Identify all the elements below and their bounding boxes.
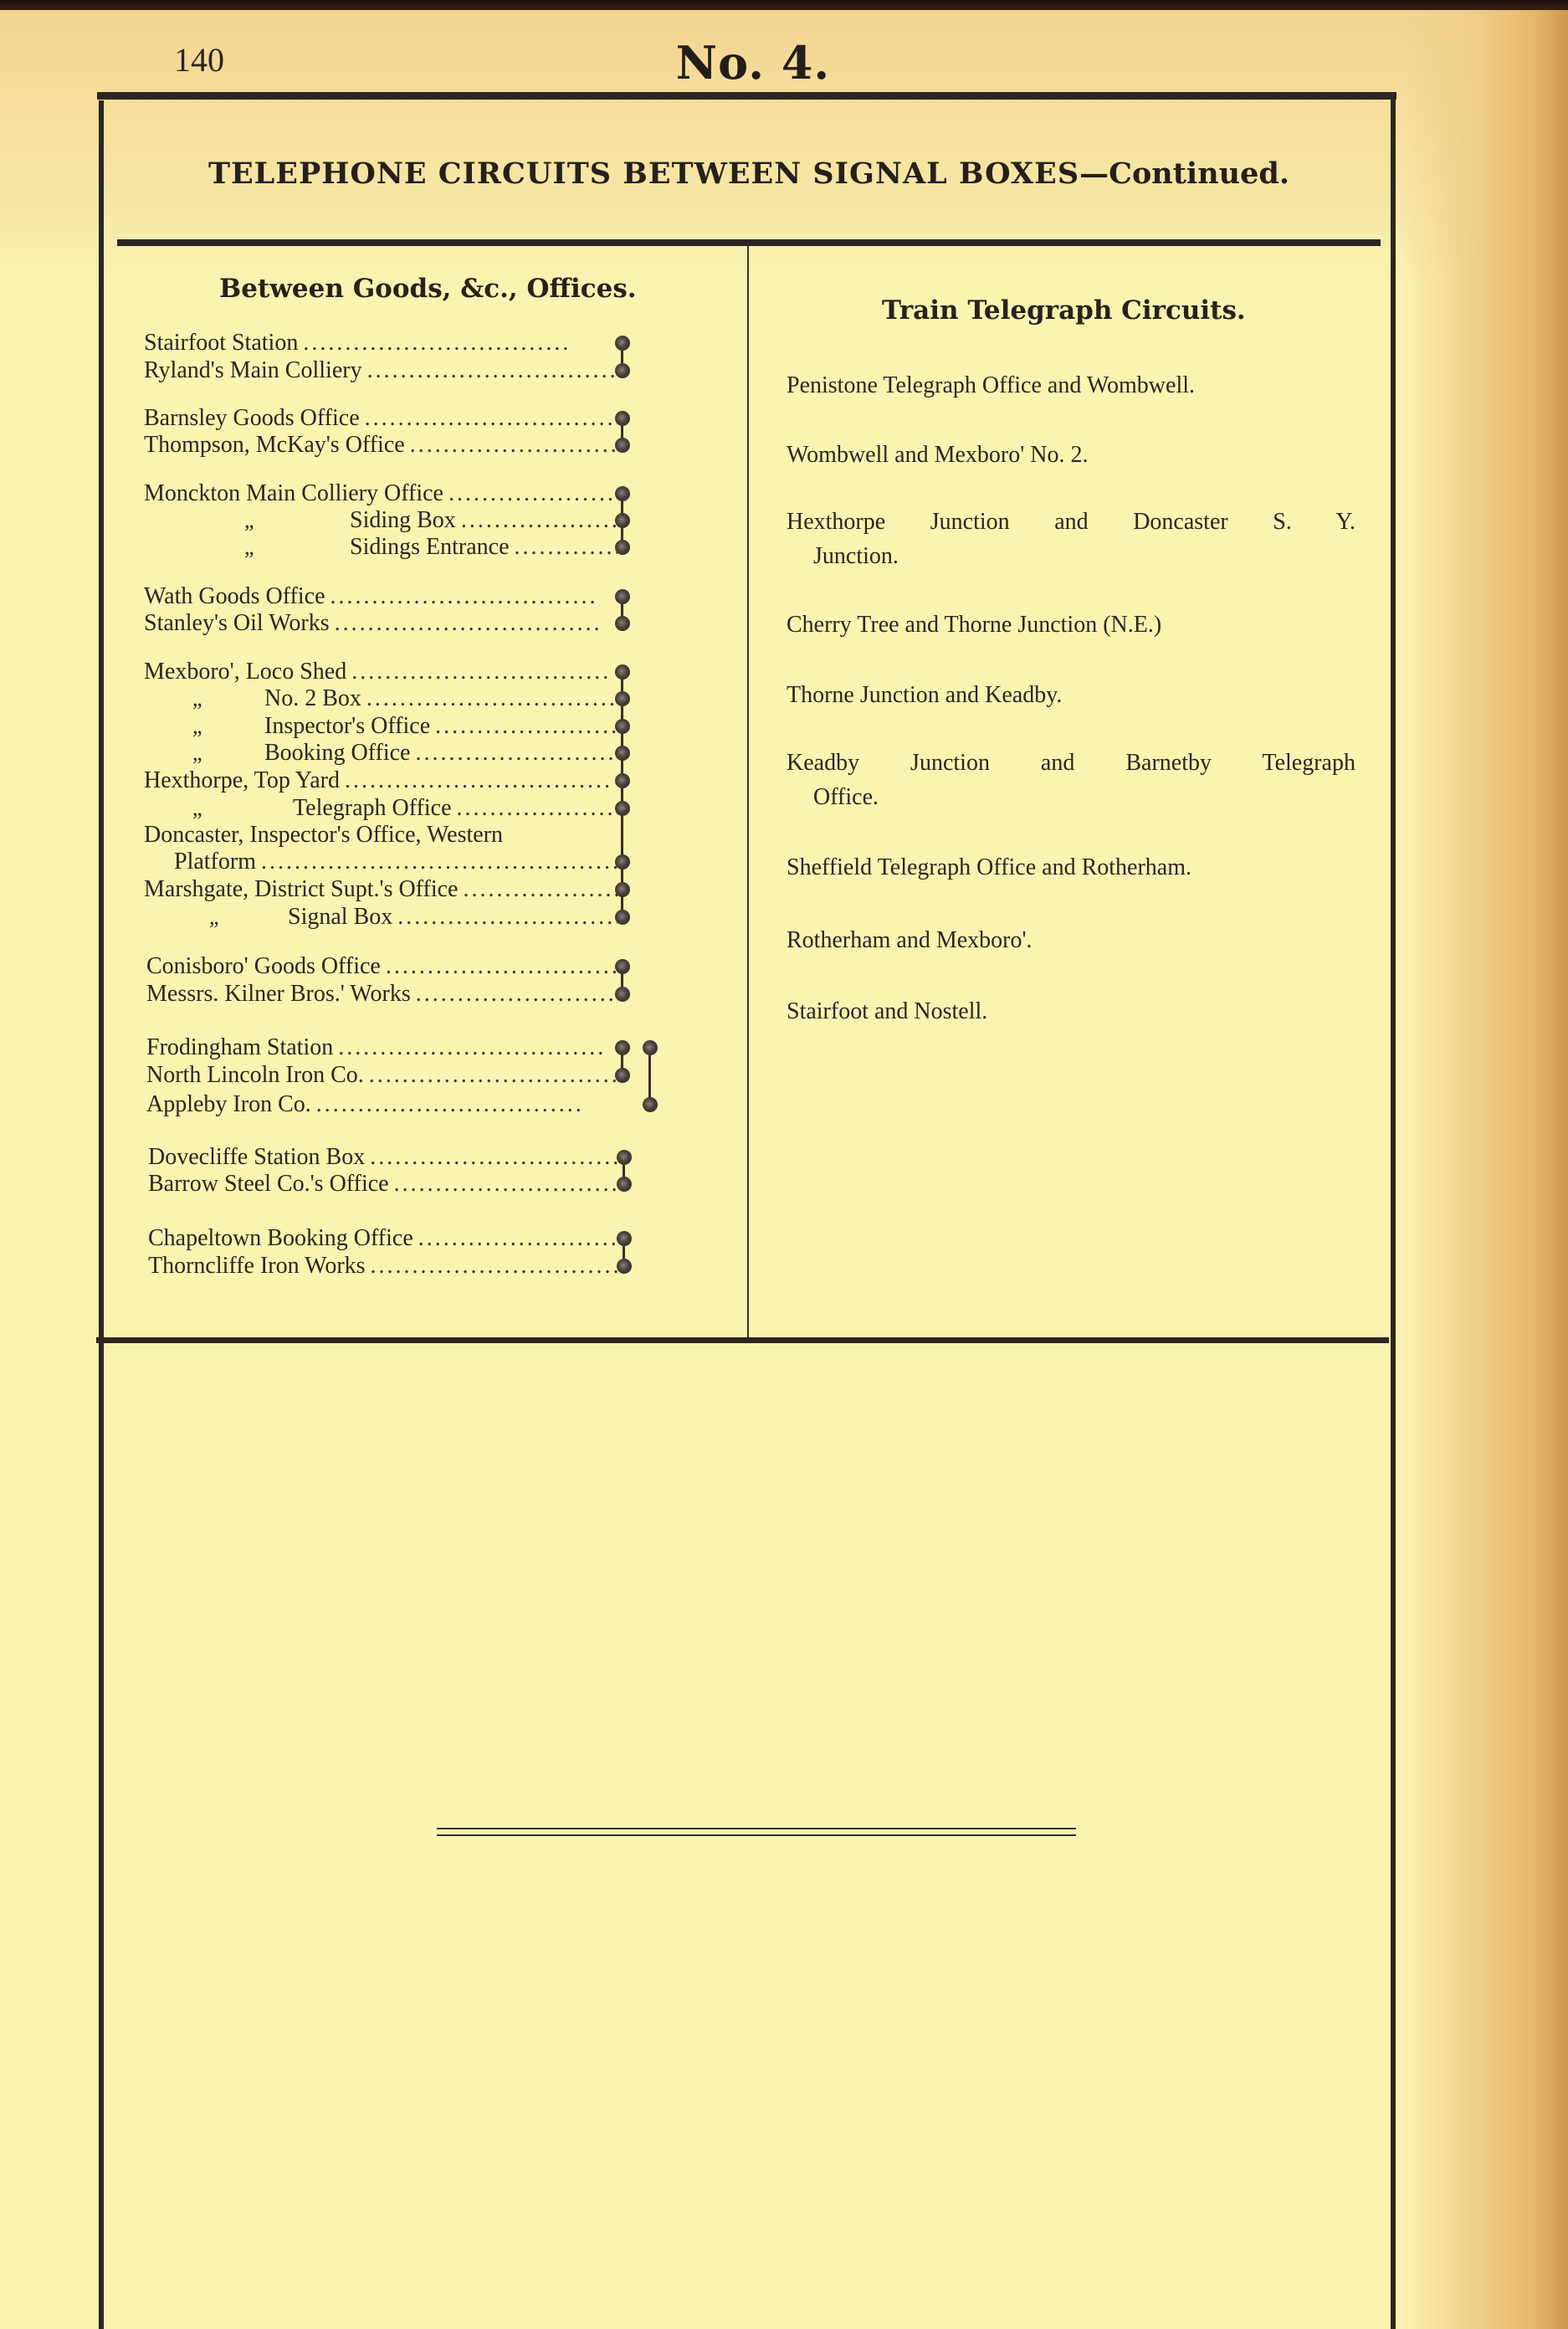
list-item: Stanley's Oil Works.....................… <box>144 610 617 637</box>
circuit-text: Rotherham and Mexboro'. <box>787 927 1033 953</box>
ditto-mark: „ <box>244 534 350 561</box>
frame-left-border <box>99 100 104 2329</box>
ditto-mark: „ <box>192 713 264 740</box>
page-top-edge <box>0 0 1568 10</box>
dot-leader: ................................ <box>338 1034 617 1061</box>
entry-label: Hexthorpe, Top Yard <box>144 767 340 794</box>
running-head: No. 4. <box>669 40 837 85</box>
circuit-item: Sheffield Telegraph Office and Rotherham… <box>787 850 1355 885</box>
dot-leader: ................................ <box>370 1144 617 1171</box>
list-item: Mexboro', Loco Shed.....................… <box>144 659 609 685</box>
circuit-item: Thorne Junction and Keadby. <box>787 678 1355 712</box>
dot-leader: ................................ <box>515 534 617 561</box>
dot-leader: ................................ <box>461 507 617 534</box>
circuit-text: Hexthorpe Junction and Doncaster S. Y. <box>787 505 1355 539</box>
entry-label: No. 2 Box <box>264 685 361 712</box>
right-column-heading: Train Telegraph Circuits. <box>882 298 1246 324</box>
list-item: Frodingham Station......................… <box>146 1034 617 1061</box>
entry-label: Chapeltown Booking Office <box>148 1225 413 1252</box>
page-number: 140 <box>174 44 224 77</box>
list-item: North Lincoln Iron Co...................… <box>146 1062 617 1089</box>
list-item: „Inspector's Office.....................… <box>192 713 617 740</box>
dot-leader: ................................ <box>457 795 617 822</box>
circuit-terminal-icon <box>615 540 630 555</box>
ditto-mark: „ <box>244 507 350 534</box>
circuit-terminal-icon <box>615 589 630 604</box>
entry-label: Stairfoot Station <box>144 330 298 357</box>
dot-leader: ................................ <box>365 405 617 432</box>
dot-leader: ................................ <box>345 767 617 794</box>
dot-leader: ................................ <box>397 904 617 931</box>
dot-leader: ................................ <box>335 610 617 637</box>
circuit-link <box>621 672 623 917</box>
circuit-terminal-icon <box>643 1040 658 1055</box>
frame-top-rule <box>97 92 1396 100</box>
list-item: „Booking Office.........................… <box>192 740 617 767</box>
circuit-terminal-icon <box>615 1040 630 1055</box>
entry-label: Mexboro', Loco Shed <box>144 659 346 685</box>
circuit-terminal-icon <box>617 1150 632 1165</box>
ditto-mark: „ <box>192 685 264 712</box>
circuit-terminal-icon <box>615 882 630 897</box>
entry-label: Inspector's Office <box>264 713 430 740</box>
ditto-mark: „ <box>192 795 293 822</box>
circuit-text: Penistone Telegraph Office and Wombwell. <box>787 372 1195 398</box>
circuit-terminal-icon <box>615 773 630 788</box>
circuit-text: Keadby Junction and Barnetby Telegraph <box>787 746 1355 780</box>
circuit-terminal-icon <box>615 486 630 501</box>
section-title-main: TELEPHONE CIRCUITS BETWEEN SIGNAL BOXES <box>208 156 1079 191</box>
entry-label: Sidings Entrance <box>350 534 510 561</box>
dot-leader: ........................................… <box>261 849 617 875</box>
circuit-item: Stairfoot and Nostell. <box>787 994 1355 1029</box>
entry-label: Conisboro' Goods Office <box>146 953 381 980</box>
circuit-terminal-icon <box>615 411 630 426</box>
list-item: Hexthorpe, Top Yard.....................… <box>144 767 617 794</box>
list-item: „Sidings Entrance.......................… <box>244 534 617 561</box>
entry-label: Stanley's Oil Works <box>144 610 330 637</box>
entry-label: Siding Box <box>350 507 456 534</box>
section-bottom-rule <box>96 1337 1389 1343</box>
circuit-terminal-icon <box>615 513 630 528</box>
list-item: Barrow Steel Co.'s Office...............… <box>148 1171 617 1198</box>
dot-leader: ................................ <box>331 583 617 610</box>
entry-label: Dovecliffe Station Box <box>148 1144 365 1171</box>
entry-label: Telegraph Office <box>293 795 452 822</box>
dot-leader: ................................ <box>316 1091 617 1118</box>
dot-leader: ................................ <box>435 713 617 740</box>
circuit-terminal-icon <box>615 363 630 378</box>
dot-leader: ................................ <box>371 1253 617 1280</box>
list-item: Ryland's Main Colliery..................… <box>144 357 617 384</box>
circuit-terminal-icon <box>615 746 630 761</box>
entry-label: North Lincoln Iron Co. <box>146 1062 364 1089</box>
dot-leader: ................................ <box>418 1225 617 1252</box>
list-item: Thorncliffe Iron Works..................… <box>148 1253 617 1280</box>
double-rule-top <box>437 1828 1076 1829</box>
list-item: „Siding Box.............................… <box>244 507 617 534</box>
list-item: Stairfoot Station.......................… <box>144 330 617 357</box>
entry-label: Monckton Main Colliery Office <box>144 480 443 507</box>
entry-label: Platform <box>174 849 256 875</box>
circuit-text: Sheffield Telegraph Office and Rotherham… <box>787 854 1191 880</box>
section-title: TELEPHONE CIRCUITS BETWEEN SIGNAL BOXES—… <box>117 159 1381 188</box>
list-item: „Signal Box.............................… <box>209 904 617 931</box>
circuit-text: Stairfoot and Nostell. <box>787 998 987 1024</box>
frame-right-border <box>1391 100 1396 2329</box>
entry-label: Messrs. Kilner Bros.' Works <box>146 981 411 1008</box>
section-title-suffix: —Continued. <box>1079 156 1289 191</box>
circuit-terminal-icon <box>615 1068 630 1083</box>
ditto-mark: „ <box>209 904 288 931</box>
left-column-heading: Between Goods, &c., Offices. <box>219 276 637 302</box>
list-item: Chapeltown Booking Office...............… <box>148 1225 617 1252</box>
dot-leader: ................................ <box>448 480 617 507</box>
list-item: Appleby Iron Co.........................… <box>146 1091 617 1118</box>
dot-leader: ................................ <box>366 685 617 712</box>
title-bottom-rule <box>117 239 1381 246</box>
dot-leader: ................................ <box>416 981 617 1008</box>
entry-label: Frodingham Station <box>146 1034 333 1061</box>
dot-leader: ................................ <box>415 740 617 767</box>
list-item: Messrs. Kilner Bros.' Works.............… <box>146 981 617 1008</box>
dot-leader: ................................ <box>351 659 609 685</box>
list-item: „Telegraph Office.......................… <box>192 795 617 822</box>
list-item: Dovecliffe Station Box..................… <box>148 1144 617 1171</box>
list-item: Marshgate, District Supt.'s Office......… <box>144 876 617 903</box>
dot-leader: ................................ <box>394 1171 617 1198</box>
list-item: Doncaster, Inspector's Office, Western <box>144 822 617 849</box>
circuit-terminal-icon <box>615 336 630 351</box>
dot-leader: ................................ <box>463 876 617 903</box>
dot-leader: ................................ <box>303 330 617 357</box>
circuit-terminal-icon <box>615 438 630 453</box>
circuit-text: Wombwell and Mexboro' No. 2. <box>787 442 1089 468</box>
circuit-terminal-icon <box>615 664 630 680</box>
dot-leader: ................................ <box>386 953 617 980</box>
list-item: Wath Goods Office.......................… <box>144 583 617 610</box>
circuit-text: Thorne Junction and Keadby. <box>787 682 1062 708</box>
entry-label: Barnsley Goods Office <box>144 405 360 432</box>
circuit-text-continuation: Junction. <box>787 539 1355 573</box>
double-rule-bottom <box>437 1834 1076 1836</box>
entry-label: Wath Goods Office <box>144 583 325 610</box>
circuit-terminal-icon <box>615 910 630 925</box>
entry-label: Barrow Steel Co.'s Office <box>148 1171 389 1198</box>
circuit-text: Cherry Tree and Thorne Junction (N.E.) <box>787 612 1161 638</box>
circuit-terminal-icon <box>615 801 630 816</box>
list-item: Thompson, McKay's Office................… <box>144 432 617 459</box>
circuit-terminal-icon <box>615 691 630 706</box>
entry-label: Booking Office <box>264 740 410 767</box>
circuit-text-continuation: Office. <box>787 780 1355 814</box>
circuit-terminal-icon <box>617 1259 632 1274</box>
dot-leader: ................................ <box>410 432 617 459</box>
entry-label: Ryland's Main Colliery <box>144 357 362 384</box>
circuit-terminal-icon <box>615 959 630 974</box>
circuit-item: Rotherham and Mexboro'. <box>787 923 1355 957</box>
list-item: Barnsley Goods Office...................… <box>144 405 617 432</box>
circuit-item: Penistone Telegraph Office and Wombwell. <box>787 368 1355 403</box>
circuit-terminal-icon <box>643 1097 658 1112</box>
list-item: „No. 2 Box..............................… <box>192 685 617 712</box>
entry-label: Doncaster, Inspector's Office, Western <box>144 822 503 849</box>
paper-aging-right-edge <box>1401 0 1568 2329</box>
entry-label: Marshgate, District Supt.'s Office <box>144 876 458 903</box>
ditto-mark: „ <box>192 740 264 767</box>
dot-leader: ................................ <box>367 357 617 384</box>
circuit-item: Cherry Tree and Thorne Junction (N.E.) <box>787 608 1355 642</box>
circuit-terminal-icon <box>615 616 630 631</box>
list-item: Conisboro' Goods Office.................… <box>146 953 617 980</box>
dot-leader: ................................ <box>369 1062 617 1089</box>
circuit-terminal-icon <box>615 987 630 1002</box>
entry-label: Thompson, McKay's Office <box>144 432 405 459</box>
circuit-terminal-icon <box>617 1177 632 1192</box>
circuit-item: Hexthorpe Junction and Doncaster S. Y.Ju… <box>787 505 1355 573</box>
circuit-item: Keadby Junction and Barnetby TelegraphOf… <box>787 746 1355 814</box>
circuit-link <box>648 1048 651 1105</box>
circuit-item: Wombwell and Mexboro' No. 2. <box>787 438 1355 472</box>
list-item: Monckton Main Colliery Office...........… <box>144 480 617 507</box>
entry-label: Appleby Iron Co. <box>146 1091 311 1118</box>
entry-label: Signal Box <box>288 904 392 931</box>
entry-label: Thorncliffe Iron Works <box>148 1253 366 1280</box>
list-item: Platform................................… <box>174 849 617 875</box>
circuit-terminal-icon <box>615 854 630 870</box>
circuit-terminal-icon <box>615 719 630 734</box>
column-divider <box>747 246 749 1339</box>
circuit-terminal-icon <box>617 1231 632 1246</box>
